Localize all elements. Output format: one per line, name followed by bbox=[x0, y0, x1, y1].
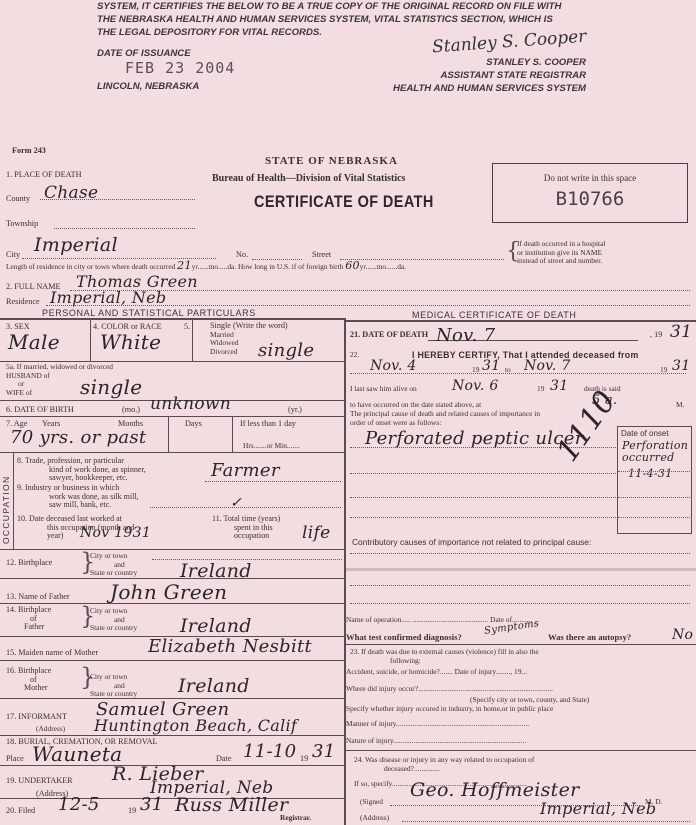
attended-to-century: 19 bbox=[660, 366, 667, 375]
dob-value[interactable]: unknown bbox=[150, 394, 231, 414]
divider bbox=[344, 320, 696, 322]
last-saw-year[interactable]: 31 bbox=[550, 378, 568, 394]
form-bureau: Bureau of Health—Division of Vital Stati… bbox=[212, 173, 405, 184]
city-field[interactable]: Imperial bbox=[22, 234, 216, 259]
physician-address: Imperial, Neb bbox=[540, 799, 656, 818]
column-divider bbox=[344, 318, 346, 825]
birthplace-city-field[interactable] bbox=[152, 552, 342, 560]
industry-label: 9. Industry or business in which work wa… bbox=[17, 484, 139, 510]
reserved-box: Do not write in this space B10766 bbox=[492, 163, 688, 223]
street-number-field[interactable] bbox=[252, 250, 302, 260]
divider bbox=[346, 750, 696, 751]
death-year[interactable]: 31 bbox=[670, 322, 692, 342]
reserved-box-label: Do not write in this space bbox=[493, 173, 687, 183]
last-saw-label: I last saw him alive on bbox=[350, 385, 417, 394]
township-label: Township bbox=[6, 219, 38, 229]
burial-place-value[interactable]: Wauneta bbox=[32, 742, 122, 766]
marital-value[interactable]: single bbox=[258, 340, 314, 361]
burial-century: 19 bbox=[300, 754, 308, 764]
father-label: 13. Name of Father bbox=[6, 592, 70, 602]
city-label: City bbox=[6, 250, 20, 260]
burial-place-label: Place bbox=[6, 754, 24, 764]
divider bbox=[90, 319, 91, 361]
autopsy-value[interactable]: No bbox=[672, 627, 693, 643]
days-label: Days bbox=[185, 419, 202, 429]
less-than-day-label: If less than 1 day bbox=[240, 419, 296, 429]
divider bbox=[0, 416, 344, 417]
race-value[interactable]: White bbox=[100, 330, 161, 354]
total-time-value[interactable]: life bbox=[302, 523, 330, 543]
mother-birthplace-value[interactable]: Ireland bbox=[178, 675, 250, 697]
trade-label: 8. Trade, profession, or particular kind… bbox=[17, 457, 146, 483]
residence-length-row: Length of residence in city or town wher… bbox=[6, 262, 406, 272]
date-of-death-value: Nov. 7 bbox=[436, 325, 495, 346]
mother-birthplace-sublabels: City or town and State or country bbox=[90, 673, 137, 699]
cause-line-4[interactable] bbox=[350, 517, 616, 518]
age-value[interactable]: 70 yrs. or past bbox=[10, 427, 146, 448]
divider bbox=[346, 644, 696, 645]
nature-row: Nature of injury........................… bbox=[346, 737, 526, 746]
divider bbox=[168, 417, 169, 452]
diagnosis-label: What test confirmed diagnosis? bbox=[346, 632, 462, 642]
principal-cause-label: The principal cause of death and related… bbox=[350, 410, 540, 427]
residence-length-yr[interactable]: 21 bbox=[177, 259, 192, 272]
divider bbox=[0, 318, 344, 320]
registrar-signature-filed: Russ Miller bbox=[175, 794, 288, 816]
onset-note[interactable]: Perforation occurred 11-4-31 bbox=[618, 440, 691, 480]
burial-year[interactable]: 31 bbox=[312, 741, 336, 762]
contributory-line-2[interactable] bbox=[350, 585, 690, 586]
residence-field[interactable]: Imperial, Neb bbox=[46, 288, 690, 306]
last-saw-century: 19 bbox=[537, 385, 544, 394]
date-of-death-label: 21. DATE OF DEATH bbox=[350, 330, 428, 340]
occupation-related-label: 24. Was disease or injury in any way rel… bbox=[354, 756, 534, 773]
divider bbox=[0, 452, 344, 453]
father-birthplace-sublabels: City or town and State or country bbox=[90, 607, 137, 633]
death-year-prefix: , 19 bbox=[650, 330, 662, 340]
registrar-signature: Stanley S. Cooper bbox=[431, 27, 586, 58]
filed-century: 19 bbox=[128, 806, 136, 816]
m-label: M. bbox=[676, 401, 684, 410]
contributory-label: Contributory causes of importance not re… bbox=[352, 537, 591, 547]
county-label: County bbox=[6, 194, 30, 204]
divider bbox=[13, 452, 14, 549]
divider bbox=[0, 603, 344, 604]
father-birthplace-value[interactable]: Ireland bbox=[180, 615, 252, 637]
certificate-number: B10766 bbox=[493, 188, 687, 210]
residence-value: Imperial, Neb bbox=[50, 288, 166, 307]
divider bbox=[0, 798, 344, 799]
burial-date-value[interactable]: 11-10 bbox=[243, 741, 296, 762]
onset-line bbox=[618, 517, 692, 518]
manner-row: Manner of injury........................… bbox=[346, 720, 529, 729]
physician-signature: Geo. Hoffmeister bbox=[410, 779, 580, 801]
marginal-code: 1110 bbox=[550, 384, 623, 468]
hrs-label: Hrs.......or Min....... bbox=[243, 442, 300, 451]
form-title: CERTIFICATE OF DEATH bbox=[254, 192, 434, 212]
specify-place-label: Specify whether injury occured in indust… bbox=[346, 705, 553, 714]
city-value: Imperial bbox=[34, 234, 118, 256]
certify-num: 22. bbox=[350, 351, 359, 360]
onset-line bbox=[618, 471, 692, 472]
father-birthplace-label: 14. Birthplace of Father bbox=[6, 606, 51, 632]
cause-line-2[interactable] bbox=[350, 473, 616, 474]
last-worked-value[interactable]: Nov 1931 bbox=[80, 525, 151, 541]
attended-from-year[interactable]: 31 bbox=[482, 358, 500, 374]
last-saw-value[interactable]: Nov. 6 bbox=[452, 378, 499, 394]
total-time-label: 11. Total time (years) spent in this occ… bbox=[212, 515, 280, 541]
signer-name: STANLEY S. COOPER bbox=[486, 57, 586, 68]
fold-crease bbox=[346, 568, 696, 571]
attended-to[interactable]: Nov. 7 bbox=[524, 358, 571, 374]
trade-field[interactable]: Farmer bbox=[205, 460, 341, 482]
trade-value: Farmer bbox=[211, 460, 280, 481]
no-label: No. bbox=[236, 250, 248, 260]
divider bbox=[0, 660, 344, 661]
birthplace-sublabels: City or town and State or country bbox=[90, 552, 137, 578]
informant-address[interactable]: Huntington Beach, Calif bbox=[94, 716, 297, 735]
county-value: Chase bbox=[44, 183, 98, 203]
dob-label: 6. DATE OF BIRTH bbox=[6, 405, 74, 415]
certification-text-line-1: SYSTEM, IT CERTIFIES THE BELOW TO BE A T… bbox=[97, 0, 561, 14]
where-row: Where did injury occur?.................… bbox=[346, 685, 553, 694]
onset-line bbox=[618, 497, 692, 498]
form-number: Form 243 bbox=[12, 146, 46, 156]
contributory-line-3[interactable] bbox=[350, 603, 690, 604]
filed-date[interactable]: 12-5 bbox=[58, 794, 100, 815]
filed-label: 20. Filed bbox=[6, 806, 35, 816]
certification-text-line-2: THE NEBRASKA HEALTH AND HUMAN SERVICES S… bbox=[97, 13, 553, 27]
divider bbox=[192, 319, 193, 361]
residence-label: Residence bbox=[6, 297, 40, 307]
medical-section-header: MEDICAL CERTIFICATE OF DEATH bbox=[412, 310, 576, 320]
personal-section-header: PERSONAL AND STATISTICAL PARTICULARS bbox=[42, 308, 256, 318]
hospital-note: If death occurred in a hospital or insti… bbox=[517, 240, 692, 266]
divider bbox=[0, 549, 344, 550]
contributory-line-1[interactable] bbox=[350, 553, 690, 554]
dob-yr-label: (yr.) bbox=[288, 405, 302, 415]
county-field[interactable]: Chase bbox=[40, 183, 195, 200]
date-of-death-field[interactable]: Nov. 7 bbox=[428, 325, 638, 341]
date-of-issuance-label: DATE OF ISSUANCE bbox=[97, 48, 191, 59]
informant-label: 17. INFORMANT bbox=[6, 712, 67, 722]
issuance-location: LINCOLN, NEBRASKA bbox=[97, 81, 199, 92]
mother-birthplace-label: 16. Birthplace of Mother bbox=[6, 667, 51, 693]
undertaker-label: 19. UNDERTAKER bbox=[6, 776, 73, 786]
us-length-yr[interactable]: 60 bbox=[345, 259, 360, 272]
date-of-issuance-stamp: FEB 23 2004 bbox=[125, 59, 235, 77]
occupation-side-label: OCCUPATION bbox=[1, 476, 11, 544]
signer-title: ASSISTANT STATE REGISTRAR bbox=[440, 70, 586, 81]
accident-row: Accident, suicide, or homicide?....... D… bbox=[346, 668, 527, 677]
mother-label: 15. Maiden name of Mother bbox=[6, 648, 98, 658]
to-label: to bbox=[505, 366, 511, 375]
attended-to-year[interactable]: 31 bbox=[672, 358, 690, 374]
birthplace-label: 12. Birthplace bbox=[6, 558, 52, 568]
spouse-value[interactable]: single bbox=[80, 375, 142, 399]
autopsy-label: Was there an autopsy? bbox=[548, 632, 631, 642]
filed-year[interactable]: 31 bbox=[140, 794, 164, 815]
attended-from-century: 19 bbox=[472, 366, 479, 375]
informant-address-label: (Address) bbox=[36, 725, 65, 734]
township-field[interactable] bbox=[54, 219, 195, 229]
street-label: Street bbox=[312, 250, 331, 260]
burial-date-label: Date bbox=[216, 754, 231, 764]
signed-label: (Signed bbox=[360, 798, 383, 807]
occupation-side: OCCUPATION bbox=[0, 454, 14, 550]
street-field[interactable] bbox=[340, 250, 504, 260]
certification-text-line-3: THE LEGAL DEPOSITORY FOR VITAL RECORDS. bbox=[97, 26, 322, 40]
physician-address-label: (Address) bbox=[360, 814, 389, 823]
dob-mo-label: (mo.) bbox=[122, 405, 140, 415]
industry-field[interactable]: ✓ bbox=[150, 492, 341, 508]
external-label: 23. If death was due to external causes … bbox=[350, 648, 539, 665]
attended-from[interactable]: Nov. 4 bbox=[370, 358, 417, 374]
cause-line-3[interactable] bbox=[350, 497, 616, 498]
father-value[interactable]: John Green bbox=[110, 580, 227, 604]
divider bbox=[0, 578, 344, 579]
industry-value: ✓ bbox=[230, 495, 242, 511]
signer-org: HEALTH AND HUMAN SERVICES SYSTEM bbox=[393, 83, 586, 94]
place-of-death-label: 1. PLACE OF DEATH bbox=[6, 170, 82, 180]
registrar-label: Registrar. bbox=[280, 814, 311, 823]
divider bbox=[0, 735, 344, 736]
sex-value[interactable]: Male bbox=[8, 330, 60, 354]
form-state: STATE OF NEBRASKA bbox=[265, 155, 398, 167]
mother-value[interactable]: Elizabeth Nesbitt bbox=[148, 636, 312, 657]
marital-num: 5. bbox=[184, 322, 190, 332]
divider bbox=[232, 417, 233, 452]
